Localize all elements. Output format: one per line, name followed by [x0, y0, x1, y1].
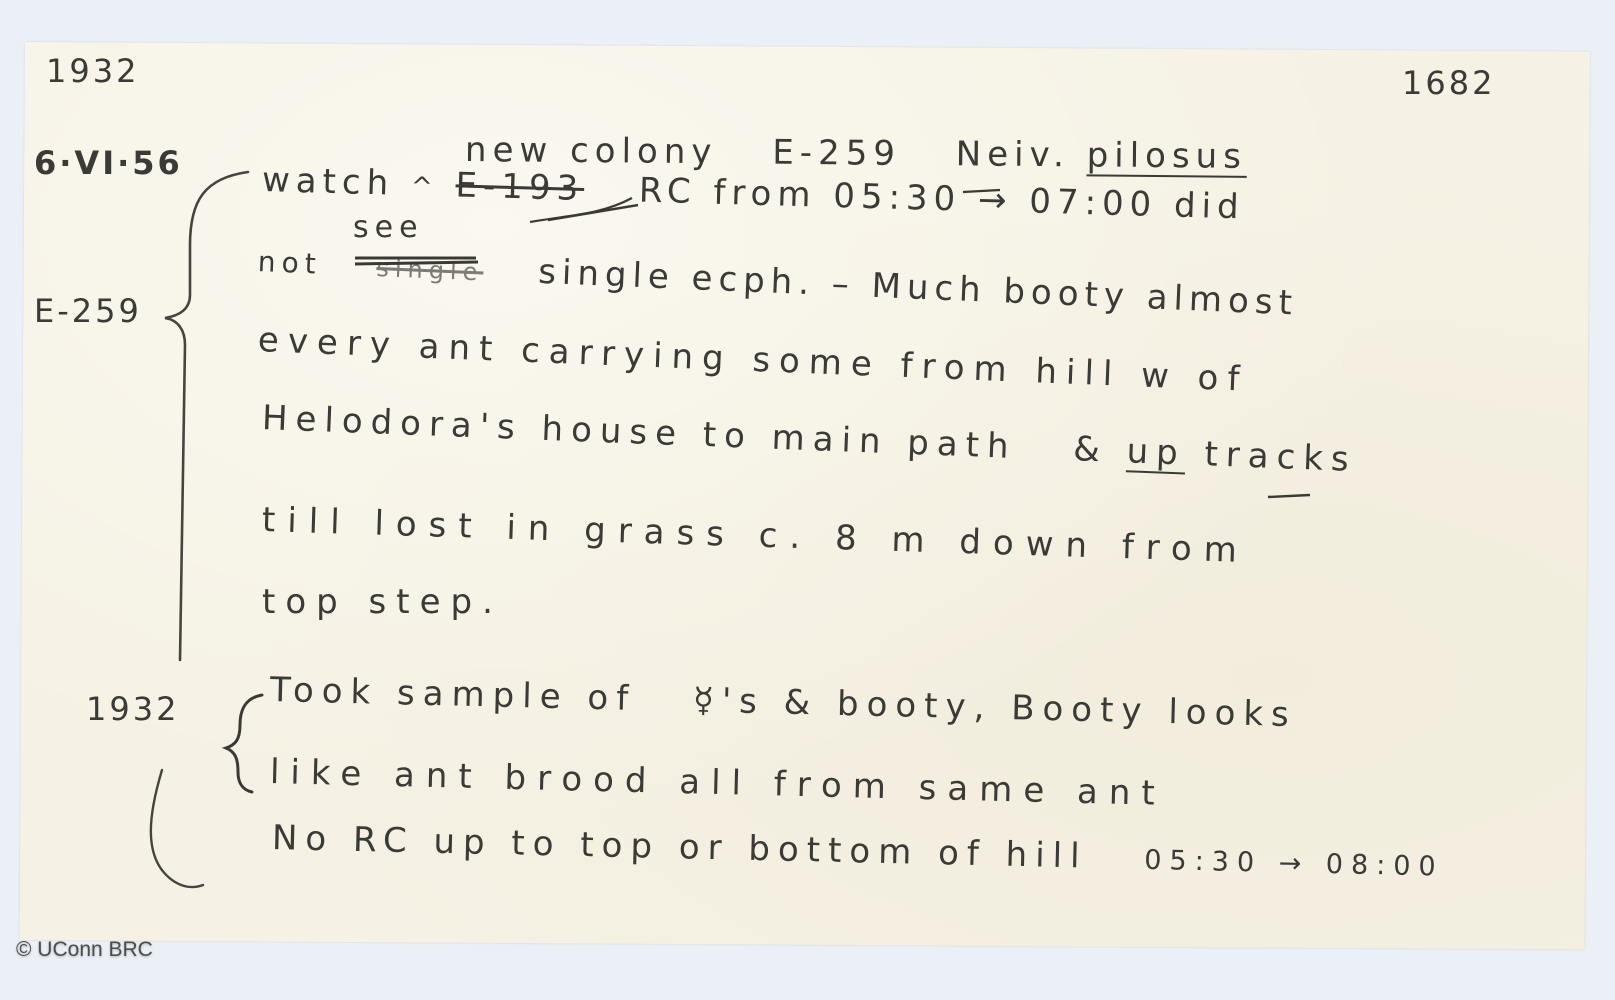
- line-text: not: [257, 245, 322, 281]
- time-range: 05:30 → 08:00: [1144, 845, 1444, 883]
- entry2-margin-label: 1932: [86, 690, 179, 728]
- underlined-word: up: [1126, 431, 1187, 473]
- conjunction: &: [1073, 429, 1109, 470]
- struck-word: single: [376, 254, 484, 286]
- card-top-left-number: 1932: [46, 52, 139, 90]
- header-species: pilosus: [1086, 135, 1247, 176]
- copyright-credit: © UConn BRC: [16, 938, 153, 962]
- header-species-abbrev: Neiv.: [956, 134, 1070, 175]
- insert-caret: ^: [410, 172, 439, 203]
- worker-symbol: ☿'s: [692, 680, 765, 722]
- card-top-right-number: 1682: [1402, 64, 1495, 102]
- line-text: watch: [261, 160, 394, 204]
- entry1-line-6: top step.: [262, 582, 503, 622]
- line-rest: tracks: [1204, 434, 1358, 480]
- entry1-colony-label: E-259: [34, 292, 142, 330]
- inserted-word-see: see: [353, 210, 424, 245]
- entry1-date: 6·VI·56: [34, 144, 183, 182]
- header-colony: E-259: [772, 133, 901, 174]
- struck-colony: E-193: [455, 165, 585, 209]
